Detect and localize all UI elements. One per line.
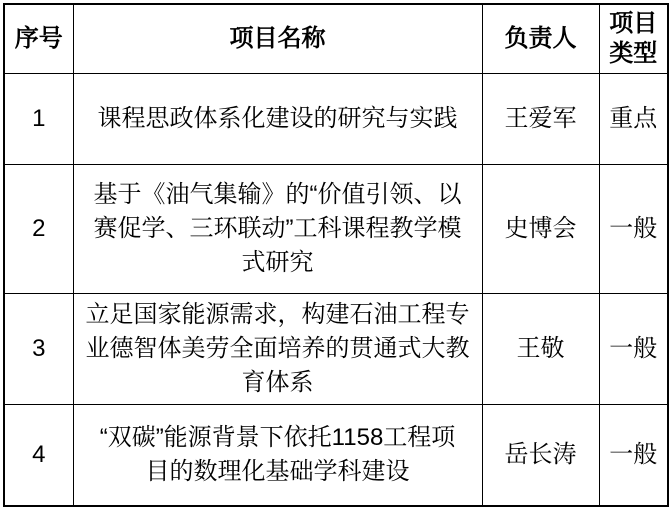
table-row: 4 “双碳”能源背景下依托1158工程项 目的数理化基础学科建设 岳长涛 一般 — [4, 404, 668, 506]
project-name-cell: 课程思政体系化建设的研究与实践 — [73, 73, 482, 164]
project-type-cell: 一般 — [599, 404, 668, 506]
serial-number-cell: 1 — [4, 73, 73, 164]
document-page: 序号 项目名称 负责人 项目 类型 1 课程思政体系化建设的研究与实践 王爱军 … — [0, 0, 670, 507]
project-name-cell: 立足国家能源需求，构建石油工程专 业德智体美劳全面培养的贯通式大教 育体系 — [73, 293, 482, 404]
table-row: 2 基于《油气集输》的“价值引领、以 赛促学、三环联动”工科课程教学模 式研究 … — [4, 164, 668, 293]
project-name-cell: 基于《油气集输》的“价值引领、以 赛促学、三环联动”工科课程教学模 式研究 — [73, 164, 482, 293]
header-serial-number: 序号 — [4, 4, 73, 73]
header-project-name: 项目名称 — [73, 4, 482, 73]
project-type-cell: 一般 — [599, 164, 668, 293]
serial-number-cell: 4 — [4, 404, 73, 506]
leader-cell: 王爱军 — [482, 73, 599, 164]
leader-cell: 史博会 — [482, 164, 599, 293]
serial-number-cell: 3 — [4, 293, 73, 404]
project-table: 序号 项目名称 负责人 项目 类型 1 课程思政体系化建设的研究与实践 王爱军 … — [3, 3, 669, 507]
project-type-cell: 重点 — [599, 73, 668, 164]
table-row: 1 课程思政体系化建设的研究与实践 王爱军 重点 — [4, 73, 668, 164]
leader-cell: 岳长涛 — [482, 404, 599, 506]
header-project-type: 项目 类型 — [599, 4, 668, 73]
header-row: 序号 项目名称 负责人 项目 类型 — [4, 4, 668, 73]
serial-number-cell: 2 — [4, 164, 73, 293]
header-leader: 负责人 — [482, 4, 599, 73]
table-row: 3 立足国家能源需求，构建石油工程专 业德智体美劳全面培养的贯通式大教 育体系 … — [4, 293, 668, 404]
leader-cell: 王敬 — [482, 293, 599, 404]
project-name-cell: “双碳”能源背景下依托1158工程项 目的数理化基础学科建设 — [73, 404, 482, 506]
project-type-cell: 一般 — [599, 293, 668, 404]
